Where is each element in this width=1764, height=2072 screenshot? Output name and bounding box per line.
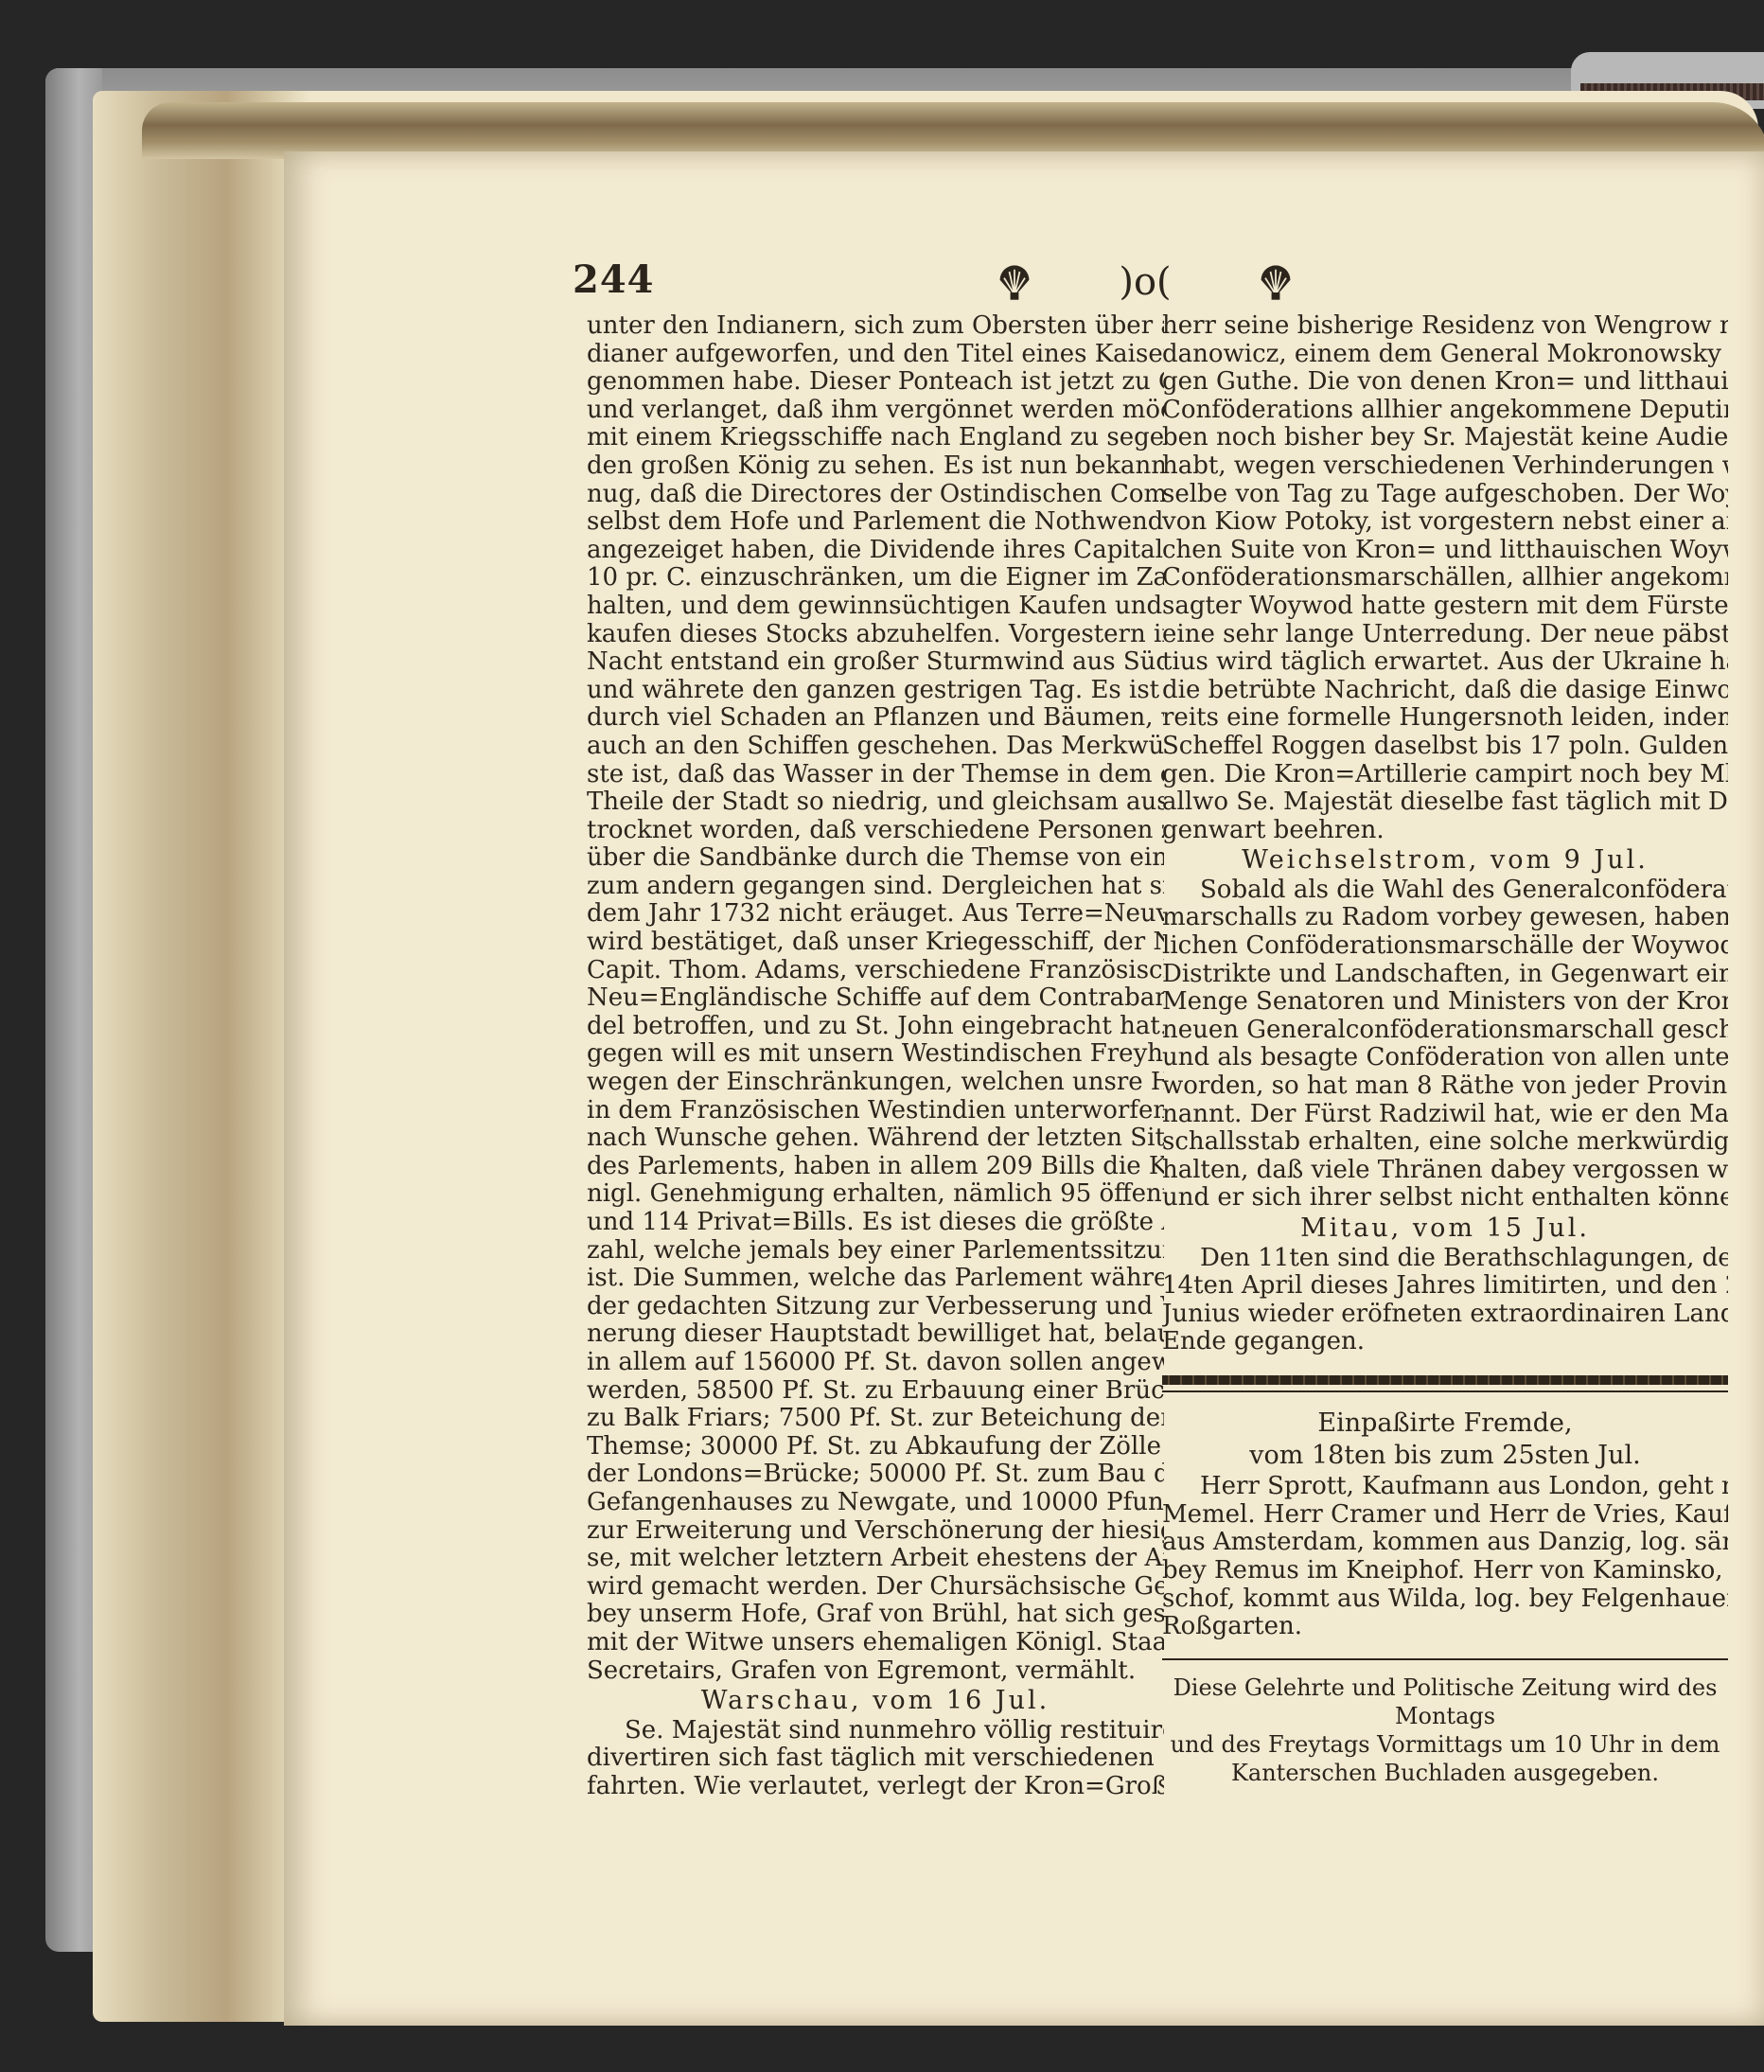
dateline-warschau: Warschau, vom 16 Jul. <box>587 1687 1164 1715</box>
text-line: den großen König zu sehen. Es ist nun be… <box>587 452 1164 481</box>
text-line: nigl. Genehmigung erhalten, nämlich 95 ö… <box>587 1180 1164 1209</box>
text-line: eine sehr lange Unterredung. Der neue pä… <box>1162 621 1728 649</box>
arrivals-subtitle: vom 18ten bis zum 25sten Jul. <box>1162 1442 1728 1470</box>
divider-rule <box>1162 1390 1728 1392</box>
text-line: nach Wunsche gehen. Während der letzten … <box>587 1125 1164 1153</box>
text-line: del betroffen, und zu St. John eingebrac… <box>587 1013 1164 1041</box>
text-line: bey Remus im Kneiphof. Herr von Kaminsko… <box>1162 1557 1728 1585</box>
text-line: wird gemacht werden. Der Chursächsische … <box>587 1573 1164 1602</box>
text-line: Distrikte und Landschaften, in Gegenwart… <box>1162 961 1728 989</box>
text-line: nug, daß die Directores der Ostindischen… <box>587 481 1164 509</box>
text-line: und als besagte Conföderation von allen … <box>1162 1044 1728 1072</box>
text-line: zur Erweiterung und Verschönerung der hi… <box>587 1517 1164 1546</box>
arrivals-list: Herr Sprott, Kaufmann aus London, geht n… <box>1162 1473 1728 1641</box>
text-line: Secretairs, Grafen von Egremont, vermähl… <box>587 1657 1164 1686</box>
text-line: Gefangenhauses zu Newgate, und 10000 Pfu… <box>587 1489 1164 1517</box>
text-line: fahrten. Wie verlautet, verlegt der Kron… <box>587 1773 1164 1801</box>
text-line: schof, kommt aus Wilda, log. bey Felgenh… <box>1162 1585 1728 1614</box>
text-line: gegen will es mit unsern Westindischen F… <box>587 1040 1164 1069</box>
text-line: unter den Indianern, sich zum Obersten ü… <box>587 312 1164 341</box>
text-line: und verlanget, daß ihm vergönnet werden … <box>587 397 1164 425</box>
text-line: divertiren sich fast täglich mit verschi… <box>587 1744 1164 1773</box>
page-number: 244 <box>573 257 655 302</box>
text-line: Nacht entstand ein großer Sturmwind aus … <box>587 648 1164 677</box>
text-line: se, mit welcher letztern Arbeit ehestens… <box>587 1545 1164 1573</box>
text-line: Ende gegangen. <box>1162 1328 1728 1356</box>
warschau-report-continued: herr seine bisherige Residenz von Wengro… <box>1162 312 1728 844</box>
text-line: worden, so hat man 8 Räthe von jeder Pro… <box>1162 1072 1728 1101</box>
text-line: selbe von Tag zu Tage aufgeschoben. Der … <box>1162 481 1728 509</box>
text-line: genommen habe. Dieser Ponteach ist jetzt… <box>587 368 1164 397</box>
text-line: dem Jahr 1732 nicht eräuget. Aus Terre=N… <box>587 900 1164 929</box>
text-line: und währete den ganzen gestrigen Tag. Es… <box>587 677 1164 705</box>
text-line: lichen Conföderationsmarschälle der Woyw… <box>1162 932 1728 961</box>
text-line: dianer aufgeworfen, und den Titel eines … <box>587 341 1164 369</box>
text-line: 10 pr. C. einzuschränken, um die Eigner … <box>587 564 1164 593</box>
text-line: bey unserm Hofe, Graf von Brühl, hat sic… <box>587 1601 1164 1629</box>
notice-line: Kanterschen Buchladen ausgegeben. <box>1162 1759 1728 1787</box>
ornamental-rule <box>1162 1375 1728 1385</box>
page-top-edge <box>142 102 1764 159</box>
text-line: ist. Die Summen, welche das Parlement wä… <box>587 1265 1164 1293</box>
text-line: tius wird täglich erwartet. Aus der Ukra… <box>1162 648 1728 677</box>
notice-line: und des Freytags Vormittags um 10 Uhr in… <box>1162 1730 1728 1759</box>
text-line: Den 11ten sind die Berathschlagungen, de… <box>1162 1245 1728 1273</box>
shell-ornament-icon <box>994 261 1035 303</box>
text-line: zahl, welche jemals bey einer Parlements… <box>587 1237 1164 1266</box>
text-line: werden, 58500 Pf. St. zu Erbauung einer … <box>587 1377 1164 1406</box>
text-line: in dem Französischen Westindien unterwor… <box>587 1097 1164 1125</box>
text-line: 14ten April dieses Jahres limitirten, un… <box>1162 1272 1728 1301</box>
text-line: Capit. Thom. Adams, verschiedene Französ… <box>587 957 1164 985</box>
left-column: unter den Indianern, sich zum Obersten ü… <box>587 312 1164 1800</box>
text-line: mit einem Kriegsschiffe nach England zu … <box>587 424 1164 452</box>
text-line: habt, wegen verschiedenen Verhinderungen… <box>1162 452 1728 481</box>
text-line: reits eine formelle Hungersnoth leiden, … <box>1162 704 1728 733</box>
weichselstrom-report: Sobald als die Wahl des Generalconfödera… <box>1162 877 1728 1213</box>
text-line: Memel. Herr Cramer und Herr de Vries, Ka… <box>1162 1501 1728 1530</box>
london-report: unter den Indianern, sich zum Obersten ü… <box>587 312 1164 1685</box>
arrivals-title: Einpaßirte Fremde, <box>1162 1409 1728 1438</box>
warschau-report: Se. Majestät sind nunmehro völlig restit… <box>587 1717 1164 1801</box>
dateline-weichselstrom: Weichselstrom, vom 9 Jul. <box>1162 846 1728 875</box>
text-line: von Kiow Potoky, ist vorgestern nebst ei… <box>1162 508 1728 537</box>
text-line: über die Sandbänke durch die Themse von … <box>587 844 1164 873</box>
right-column: herr seine bisherige Residenz von Wengro… <box>1162 312 1728 1787</box>
text-line: nerung dieser Hauptstadt bewilliget hat,… <box>587 1320 1164 1349</box>
text-line: zu Balk Friars; 7500 Pf. St. zur Beteich… <box>587 1405 1164 1433</box>
text-line: aus Amsterdam, kommen aus Danzig, log. s… <box>1162 1529 1728 1557</box>
text-line: trocknet worden, daß verschiedene Person… <box>587 817 1164 845</box>
publication-notice: Diese Gelehrte und Politische Zeitung wi… <box>1162 1674 1728 1787</box>
text-line: danowicz, einem dem General Mokronowsky … <box>1162 341 1728 369</box>
text-line: Theile der Stadt so niedrig, und gleichs… <box>587 788 1164 817</box>
text-line: ben noch bisher bey Sr. Majestät keine A… <box>1162 424 1728 452</box>
text-line: Conföderationsmarschällen, allhier angek… <box>1162 564 1728 593</box>
text-line: selbst dem Hofe und Parlement die Nothwe… <box>587 508 1164 537</box>
text-line: der gedachten Sitzung zur Verbesserung u… <box>587 1293 1164 1321</box>
text-line: Conföderations allhier angekommene Deput… <box>1162 397 1728 425</box>
text-line: die betrübte Nachricht, daß die dasige E… <box>1162 677 1728 705</box>
text-line: Junius wieder eröfneten extraordinairen … <box>1162 1301 1728 1329</box>
text-line: herr seine bisherige Residenz von Wengro… <box>1162 312 1728 341</box>
shell-ornament-icon <box>1255 261 1297 303</box>
text-line: Menge Senatoren und Ministers von der Kr… <box>1162 988 1728 1017</box>
text-line: durch viel Schaden an Pflanzen und Bäume… <box>587 704 1164 733</box>
mitau-report: Den 11ten sind die Berathschlagungen, de… <box>1162 1245 1728 1356</box>
text-line: neuen Generalconföderationsmarschall ges… <box>1162 1017 1728 1045</box>
text-line: gen Guthe. Die von denen Kron= und litth… <box>1162 368 1728 397</box>
text-line: allwo Se. Majestät dieselbe fast täglich… <box>1162 788 1728 817</box>
text-line: halten, und dem gewinnsüchtigen Kaufen u… <box>587 593 1164 621</box>
text-line: halten, daß viele Thränen dabey vergosse… <box>1162 1157 1728 1185</box>
dateline-mitau: Mitau, vom 15 Jul. <box>1162 1214 1728 1243</box>
text-line: der Londons=Brücke; 50000 Pf. St. zum Ba… <box>587 1461 1164 1489</box>
text-line: Roßgarten. <box>1162 1613 1728 1641</box>
text-line: wird bestätiget, daß unser Kriegesschiff… <box>587 929 1164 957</box>
text-line: zum andern gegangen sind. Dergleichen ha… <box>587 873 1164 901</box>
text-line: Themse; 30000 Pf. St. zu Abkaufung der Z… <box>587 1433 1164 1461</box>
text-line: Scheffel Roggen daselbst bis 17 poln. Gu… <box>1162 733 1728 761</box>
text-line: auch an den Schiffen geschehen. Das Merk… <box>587 733 1164 761</box>
text-line: nannt. Der Fürst Radziwil hat, wie er de… <box>1162 1101 1728 1129</box>
header-ornament: )o( <box>994 254 1297 310</box>
text-line: Herr Sprott, Kaufmann aus London, geht n… <box>1162 1473 1728 1501</box>
text-line: sagter Woywod hatte gestern mit dem Fürs… <box>1162 593 1728 621</box>
text-line: Se. Majestät sind nunmehro völlig restit… <box>587 1717 1164 1745</box>
text-line: chen Suite von Kron= und litthauischen W… <box>1162 537 1728 565</box>
notice-line: Diese Gelehrte und Politische Zeitung wi… <box>1162 1674 1728 1730</box>
text-line: Sobald als die Wahl des Generalconfödera… <box>1162 877 1728 905</box>
text-line: und er sich ihrer selbst nicht enthalten… <box>1162 1184 1728 1213</box>
text-line: des Parlements, haben in allem 209 Bills… <box>587 1153 1164 1181</box>
text-line: marschalls zu Radom vorbey gewesen, habe… <box>1162 904 1728 932</box>
text-line: Neu=Engländische Schiffe auf dem Contrab… <box>587 984 1164 1013</box>
text-line: genwart beehren. <box>1162 817 1728 845</box>
footer-divider <box>1162 1658 1728 1660</box>
page-header: 244 )o( <box>573 254 1708 310</box>
text-line: schallsstab erhalten, eine solche merkwü… <box>1162 1128 1728 1157</box>
text-line: gen. Die Kron=Artillerie campirt noch be… <box>1162 761 1728 789</box>
text-line: mit der Witwe unsers ehemaligen Königl. … <box>587 1629 1164 1657</box>
text-line: kaufen dieses Stocks abzuhelfen. Vorgest… <box>587 621 1164 649</box>
text-line: wegen der Einschränkungen, welchen unsre… <box>587 1069 1164 1097</box>
text-line: in allem auf 156000 Pf. St. davon sollen… <box>587 1349 1164 1377</box>
text-line: und 114 Privat=Bills. Es ist dieses die … <box>587 1209 1164 1237</box>
text-line: ste ist, daß das Wasser in der Themse in… <box>587 761 1164 789</box>
center-ornament: )o( <box>1119 260 1171 304</box>
text-line: angezeiget haben, die Dividende ihres Ca… <box>587 537 1164 565</box>
